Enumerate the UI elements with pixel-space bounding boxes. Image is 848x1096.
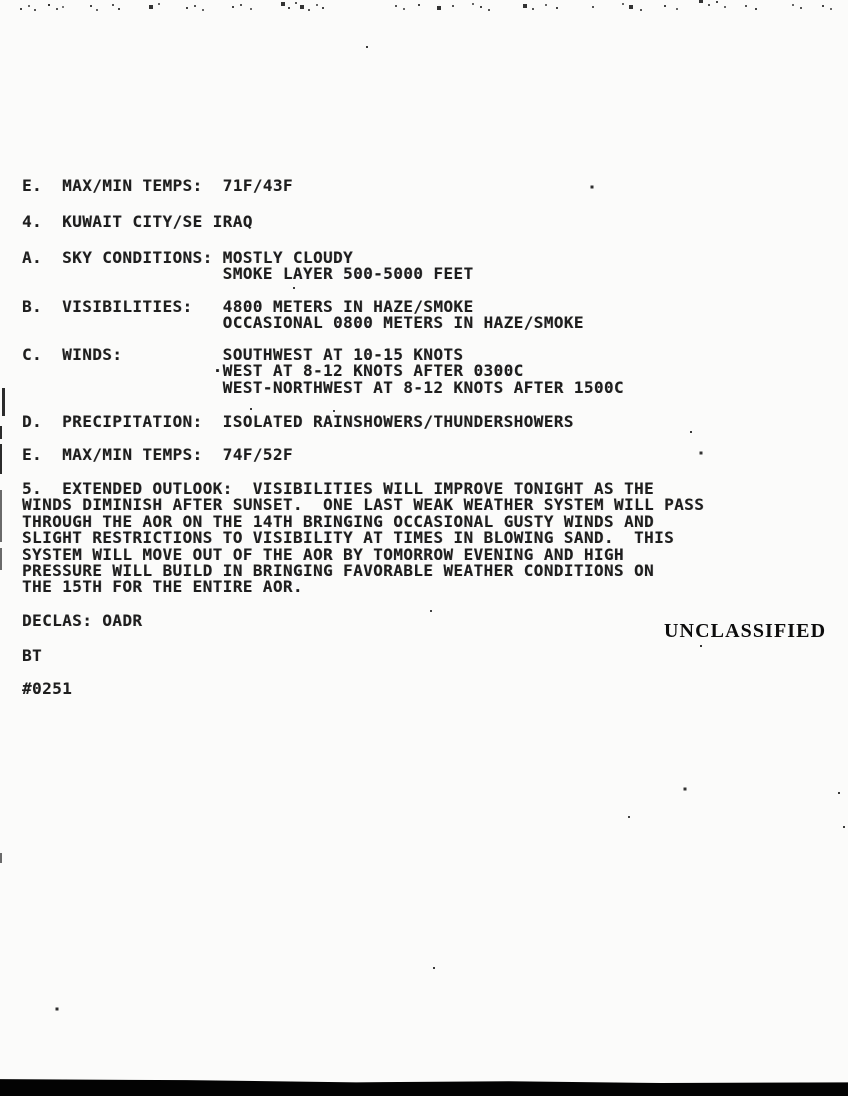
text-group: DECLAS: OADR <box>22 613 142 629</box>
left-edge-scan-mark <box>2 388 5 416</box>
scanner-dust-specks <box>0 0 2 2</box>
typewritten-line: DECLAS: OADR <box>22 613 142 629</box>
left-edge-scan-mark <box>0 853 2 863</box>
typewritten-line: WEST-NORTHWEST AT 8-12 KNOTS AFTER 1500C <box>22 380 624 396</box>
text-group: 5. EXTENDED OUTLOOK: VISIBILITIES WILL I… <box>22 481 704 596</box>
text-group: #0251 <box>22 681 72 697</box>
left-edge-scan-mark <box>0 490 2 542</box>
scanner-black-band-bottom <box>0 1078 848 1096</box>
text-group: E. MAX/MIN TEMPS: 71F/43F <box>22 178 293 194</box>
text-group: E. MAX/MIN TEMPS: 74F/52F <box>22 447 293 463</box>
scanned-document-page: E. MAX/MIN TEMPS: 71F/43F4. KUWAIT CITY/… <box>0 0 848 1096</box>
text-group: 4. KUWAIT CITY/SE IRAQ <box>22 214 253 230</box>
text-group: B. VISIBILITIES: 4800 METERS IN HAZE/SMO… <box>22 299 584 332</box>
typewritten-line: SMOKE LAYER 500-5000 FEET <box>22 266 473 282</box>
left-edge-scan-mark <box>0 444 2 474</box>
text-group: C. WINDS: SOUTHWEST AT 10-15 KNOTS ·WEST… <box>22 347 624 396</box>
typewritten-line: E. MAX/MIN TEMPS: 71F/43F <box>22 178 293 194</box>
left-edge-scan-mark <box>0 426 2 439</box>
text-group: A. SKY CONDITIONS: MOSTLY CLOUDY SMOKE L… <box>22 250 473 283</box>
typewritten-line: E. MAX/MIN TEMPS: 74F/52F <box>22 447 293 463</box>
typewritten-line: #0251 <box>22 681 72 697</box>
typewritten-line: BT <box>22 648 42 664</box>
text-group: D. PRECIPITATION: ISOLATED RAINSHOWERS/T… <box>22 414 574 430</box>
typewritten-line: 4. KUWAIT CITY/SE IRAQ <box>22 214 253 230</box>
typewritten-line: OCCASIONAL 0800 METERS IN HAZE/SMOKE <box>22 315 584 331</box>
typewritten-line: THE 15TH FOR THE ENTIRE AOR. <box>22 579 704 595</box>
left-edge-scan-mark <box>0 548 2 570</box>
typewritten-line: D. PRECIPITATION: ISOLATED RAINSHOWERS/T… <box>22 414 574 430</box>
text-group: BT <box>22 648 42 664</box>
classification-stamp: UNCLASSIFIED <box>664 620 826 643</box>
